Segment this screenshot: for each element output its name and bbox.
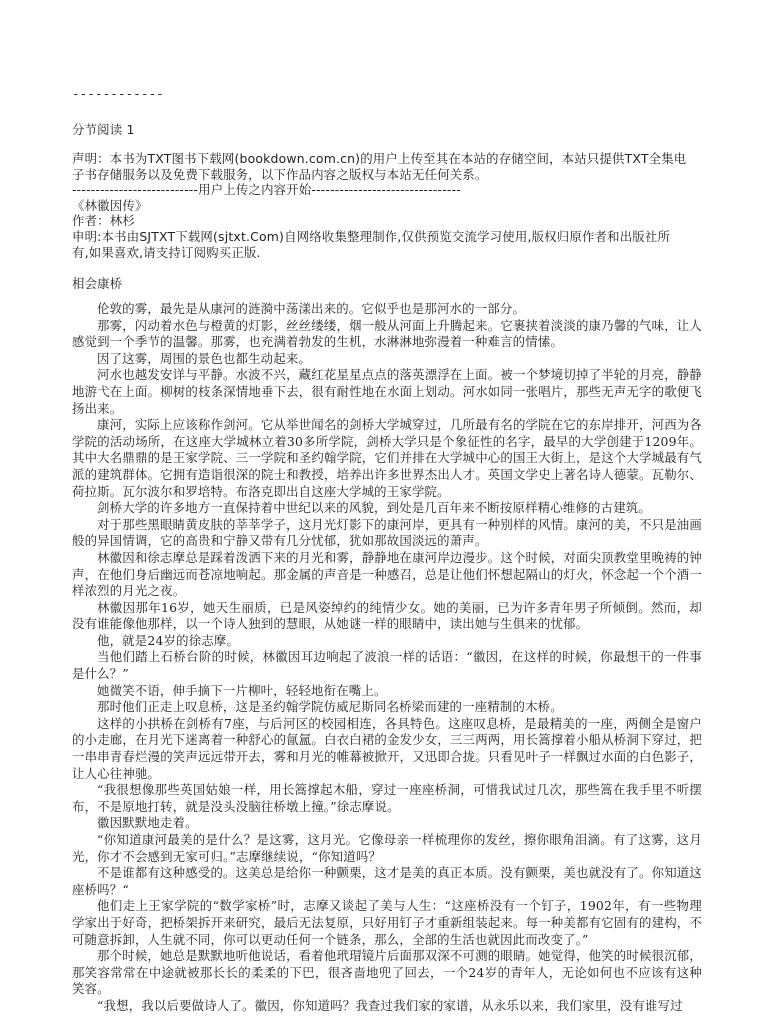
paragraph: 剑桥大学的许多地方一直保持着中世纪以来的风貌，到处是几百年来不断按原样精心维修的…: [72, 500, 702, 517]
separator-top: ------------: [72, 86, 164, 103]
paragraph: 他，就是24岁的徐志摩。: [72, 633, 702, 650]
site-notice-line-1: 声明：本书为TXT图书下载网(bookdown.com.cn)的用户上传至其在本…: [72, 151, 686, 168]
paragraph: 那个时候，她总是默默地听他说话，看着他玳瑁镜片后面那双深不可测的眼睛。她觉得，他…: [72, 948, 702, 998]
copyright-statement-line-2: 有,如果喜欢,请支持订阅购买正版.: [72, 245, 261, 262]
book-author: 作者：林杉: [72, 213, 135, 230]
paragraph: 不是谁都有这种感受的。这美总是给你一种颤栗，这才是美的真正本质。没有颤栗，美也就…: [72, 865, 702, 898]
chapter-title: 相会康桥: [72, 276, 122, 293]
chapter-body: 伦敦的雾，最先是从康河的涟漪中荡漾出来的。它似乎也是那河水的一部分。 那雾，闪动…: [72, 301, 702, 1015]
paragraph: 当他们踏上石桥台阶的时候，林徽因耳边响起了波浪一样的话语：“徽因，在这样的时候，…: [72, 649, 702, 682]
paragraph: 因了这雾，周围的景色也都生动起来。: [72, 351, 702, 368]
paragraph: 他们走上王家学院的“数学家桥”时，志摩又谈起了美与人生：“这座桥没有一个钉子，1…: [72, 898, 702, 948]
paragraph: 那时他们正走上叹息桥，这是圣约翰学院仿威尼斯同名桥梁而建的一座精制的木桥。: [72, 699, 702, 716]
paragraph: 河水也越发安详与平静。水波不兴，藏红花星星点点的落英漂浮在上面。被一个梦境切掉了…: [72, 367, 702, 417]
section-title: 分节阅读 1: [72, 122, 135, 139]
paragraph: 那雾，闪动着水色与橙黄的灯影，丝丝缕缕，烟一般从河面上升腾起来。它裹挟着淡淡的康…: [72, 318, 702, 351]
upload-divider: ---------------------------用户上传之内容开始----…: [72, 182, 461, 199]
paragraph: 这样的小拱桥在剑桥有7座，与后河区的校园相连，各具特色。这座叹息桥，是最精美的一…: [72, 716, 702, 782]
paragraph: 对于那些黑眼睛黄皮肤的莘莘学子，这月光灯影下的康河岸，更具有一种别样的风情。康河…: [72, 517, 702, 550]
paragraph: 伦敦的雾，最先是从康河的涟漪中荡漾出来的。它似乎也是那河水的一部分。: [72, 301, 702, 318]
copyright-statement-line-1: 申明:本书由SJTXT下载网(sjtxt.Com)自网络收集整理制作,仅供预览交…: [72, 229, 670, 246]
paragraph: “我想，我以后要做诗人了。徽因，你知道吗？我查过我们家的家谱，从永乐以来，我们家…: [72, 998, 702, 1015]
paragraph: 林徽因和徐志摩总是踩着泼洒下来的月光和雾，静静地在康河岸边漫步。这个时候，对面尖…: [72, 550, 702, 600]
paragraph: 康河，实际上应该称作剑河。它从举世闻名的剑桥大学城穿过，几所最有名的学院在它的东…: [72, 417, 702, 500]
paragraph: “你知道康河最美的是什么？是这雾，这月光。它像母亲一样梳理你的发丝，擦你眼角泪滴…: [72, 832, 702, 865]
paragraph: 她微笑不语，伸手摘下一片柳叶，轻轻地衔在嘴上。: [72, 683, 702, 700]
paragraph: “我很想像那些英国姑娘一样，用长篙撑起木船，穿过一座座桥洞，可惜我试过几次，那些…: [72, 782, 702, 815]
paragraph: 林徽因那年16岁，她天生丽质，已是风姿绰约的纯情少女。她的美丽，已为许多青年男子…: [72, 600, 702, 633]
paragraph: 徽因默默地走着。: [72, 815, 702, 832]
